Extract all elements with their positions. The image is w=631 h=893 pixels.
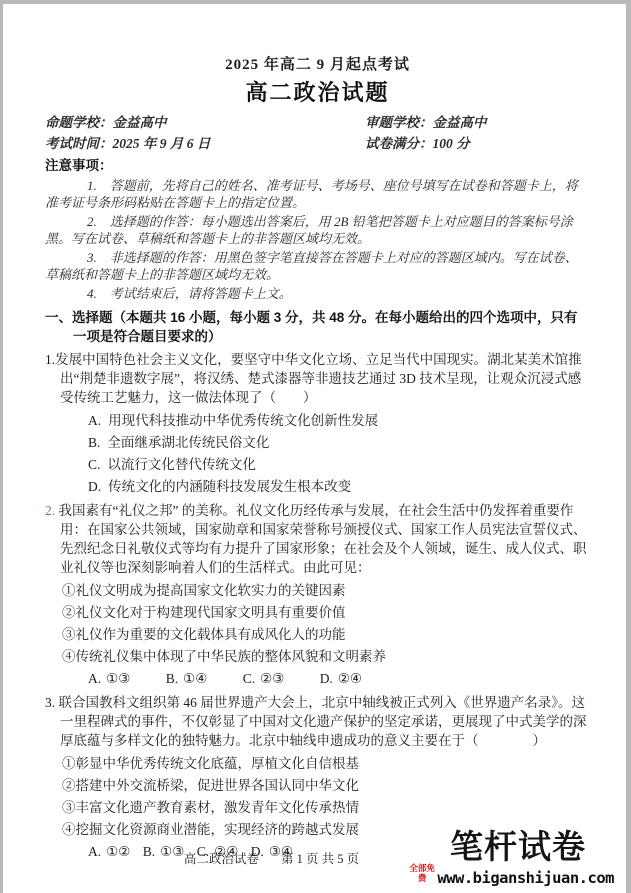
option-label: D. bbox=[320, 671, 333, 686]
question-2-options-row: A.①③ B.①④ C.②③ D.②④ bbox=[45, 670, 590, 687]
option-text: 用现代科技推动中华优秀传统文化创新性发展 bbox=[108, 413, 378, 428]
question-3-statement-3: ③丰富文化遗产教育素材，激发青年文化传承热情 bbox=[45, 799, 590, 816]
notice-item-2: 2. 选择题的作答：每小题选出答案后，用 2B 铅笔把答题卡上对应题目的答案标号… bbox=[45, 213, 590, 247]
question-2-option-a: A.①③ bbox=[88, 670, 130, 687]
paper-meta: 命题学校：金益高中 审题学校：金益高中 考试时间：2025 年 9 月 6 日 … bbox=[45, 114, 590, 152]
exam-session-title: 2025 年高二 9 月起点考试 bbox=[45, 56, 590, 74]
question-1-option-d: D.传统文化的内涵随科技发展发生根本改变 bbox=[45, 478, 590, 495]
question-2-number: 2. bbox=[45, 503, 55, 518]
option-label: D. bbox=[88, 479, 101, 494]
exam-paper-page: 2025 年高二 9 月起点考试 高二政治试题 命题学校：金益高中 审题学校：金… bbox=[3, 4, 626, 893]
option-text: ②③ bbox=[260, 671, 284, 686]
meta-reviewer-school: 审题学校：金益高中 bbox=[365, 114, 590, 131]
question-3-stem: 3. 联合国教科文组织第 46 届世界遗产大会上，北京中轴线被正式列入《世界遗产… bbox=[45, 693, 590, 750]
footer-page-number: 第 1 页 共 5 页 bbox=[281, 852, 359, 866]
section-heading-choice: 一、选择题（本题共 16 小题，每小题 3 分，共 48 分。在每小题给出的四个… bbox=[45, 308, 590, 346]
question-2-stem-text: 我国素有“礼仪之邦” 的美称。礼仪文化历经传承与发展，在社会生活中仍发挥着重要作… bbox=[55, 503, 586, 575]
question-2-option-d: D.②④ bbox=[320, 670, 362, 687]
meta-proposer-school: 命题学校：金益高中 bbox=[45, 114, 167, 131]
watermark-url-line: 全部免费 www.biganshijuan.com bbox=[408, 864, 614, 887]
question-1-stem: 1.发展中国特色社会主义文化，要坚守中华文化立场、立足当代中国现实。湖北某美术馆… bbox=[45, 350, 590, 407]
option-label: B. bbox=[166, 671, 178, 686]
watermark-url: www.biganshijuan.com bbox=[437, 869, 614, 887]
option-label: A. bbox=[88, 413, 101, 428]
question-2: 2. 我国素有“礼仪之邦” 的美称。礼仪文化历经传承与发展，在社会生活中仍发挥着… bbox=[45, 501, 590, 687]
question-2-statement-3: ③礼仪作为重要的文化载体具有成风化人的功能 bbox=[45, 626, 590, 643]
meta-full-score: 试卷满分：100 分 bbox=[365, 135, 590, 152]
question-2-stem: 2. 我国素有“礼仪之邦” 的美称。礼仪文化历经传承与发展，在社会生活中仍发挥着… bbox=[45, 501, 590, 577]
notices-heading: 注意事项： bbox=[45, 157, 590, 175]
watermark: 笔杆试卷 全部免费 www.biganshijuan.com bbox=[408, 830, 614, 887]
watermark-tagline: 全部免费 bbox=[408, 864, 436, 884]
screenshot-root: { "colors": { "question2_number": "#4f7c… bbox=[0, 0, 631, 893]
question-2-option-b: B.①④ bbox=[166, 670, 208, 687]
option-text: 以流行文化替代传统文化 bbox=[107, 457, 256, 472]
option-label: B. bbox=[88, 435, 100, 450]
page-content: 2025 年高二 9 月起点考试 高二政治试题 命题学校：金益高中 审题学校：金… bbox=[45, 4, 590, 860]
question-1-option-a: A.用现代科技推动中华优秀传统文化创新性发展 bbox=[45, 412, 590, 429]
paper-title: 高二政治试题 bbox=[45, 80, 590, 106]
option-text: ①③ bbox=[106, 671, 130, 686]
question-3-statement-1: ①彰显中华优秀传统文化底蕴，厚植文化自信根基 bbox=[45, 755, 590, 772]
question-1-stem-text: 发展中国特色社会主义文化，要坚守中华文化立场、立足当代中国现实。湖北某美术馆推出… bbox=[55, 352, 582, 405]
question-2-option-c: C.②③ bbox=[243, 670, 285, 687]
notice-item-3: 3. 非选择题的作答：用黑色签字笔直接答在答题卡上对应的答题区域内。写在试卷、草… bbox=[45, 249, 590, 283]
option-label: C. bbox=[88, 457, 100, 472]
meta-exam-time: 考试时间：2025 年 9 月 6 日 bbox=[45, 135, 210, 152]
option-text: 传统文化的内涵随科技发展发生根本改变 bbox=[108, 479, 351, 494]
notices-block: 注意事项： 1. 答题前，先将自己的姓名、准考证号、考场号、座位号填写在试卷和答… bbox=[45, 157, 590, 302]
option-text: ①④ bbox=[183, 671, 207, 686]
question-3-stem-text: 联合国教科文组织第 46 届世界遗产大会上，北京中轴线被正式列入《世界遗产名录》… bbox=[55, 695, 586, 748]
notice-item-4: 4. 考试结束后，请将答题卡上文。 bbox=[45, 285, 590, 302]
question-3-number: 3. bbox=[45, 695, 55, 710]
question-1-number: 1. bbox=[45, 352, 55, 367]
option-text: ②④ bbox=[338, 671, 362, 686]
question-1-option-b: B.全面继承湖北传统民俗文化 bbox=[45, 434, 590, 451]
question-1-option-c: C.以流行文化替代传统文化 bbox=[45, 456, 590, 473]
option-label: A. bbox=[88, 671, 101, 686]
question-2-statement-1: ①礼仪文明成为提高国家文化软实力的关键因素 bbox=[45, 582, 590, 599]
watermark-brand: 笔杆试卷 bbox=[408, 830, 614, 864]
option-label: C. bbox=[243, 671, 255, 686]
question-2-statement-4: ④传统礼仪集中体现了中华民族的整体风貌和文明素养 bbox=[45, 648, 590, 665]
meta-row-schools: 命题学校：金益高中 审题学校：金益高中 bbox=[45, 114, 590, 131]
question-1: 1.发展中国特色社会主义文化，要坚守中华文化立场、立足当代中国现实。湖北某美术馆… bbox=[45, 350, 590, 495]
question-2-statement-2: ②礼仪文化对于构建现代国家文明具有重要价值 bbox=[45, 604, 590, 621]
footer-paper-name: 高二政治试卷 bbox=[184, 852, 259, 866]
meta-row-time-score: 考试时间：2025 年 9 月 6 日 试卷满分：100 分 bbox=[45, 135, 590, 152]
question-3-statement-2: ②搭建中外交流桥梁，促进世界各国认同中华文化 bbox=[45, 777, 590, 794]
notice-item-1: 1. 答题前，先将自己的姓名、准考证号、考场号、座位号填写在试卷和答题卡上，将准… bbox=[45, 177, 590, 211]
option-text: 全面继承湖北传统民俗文化 bbox=[107, 435, 269, 450]
